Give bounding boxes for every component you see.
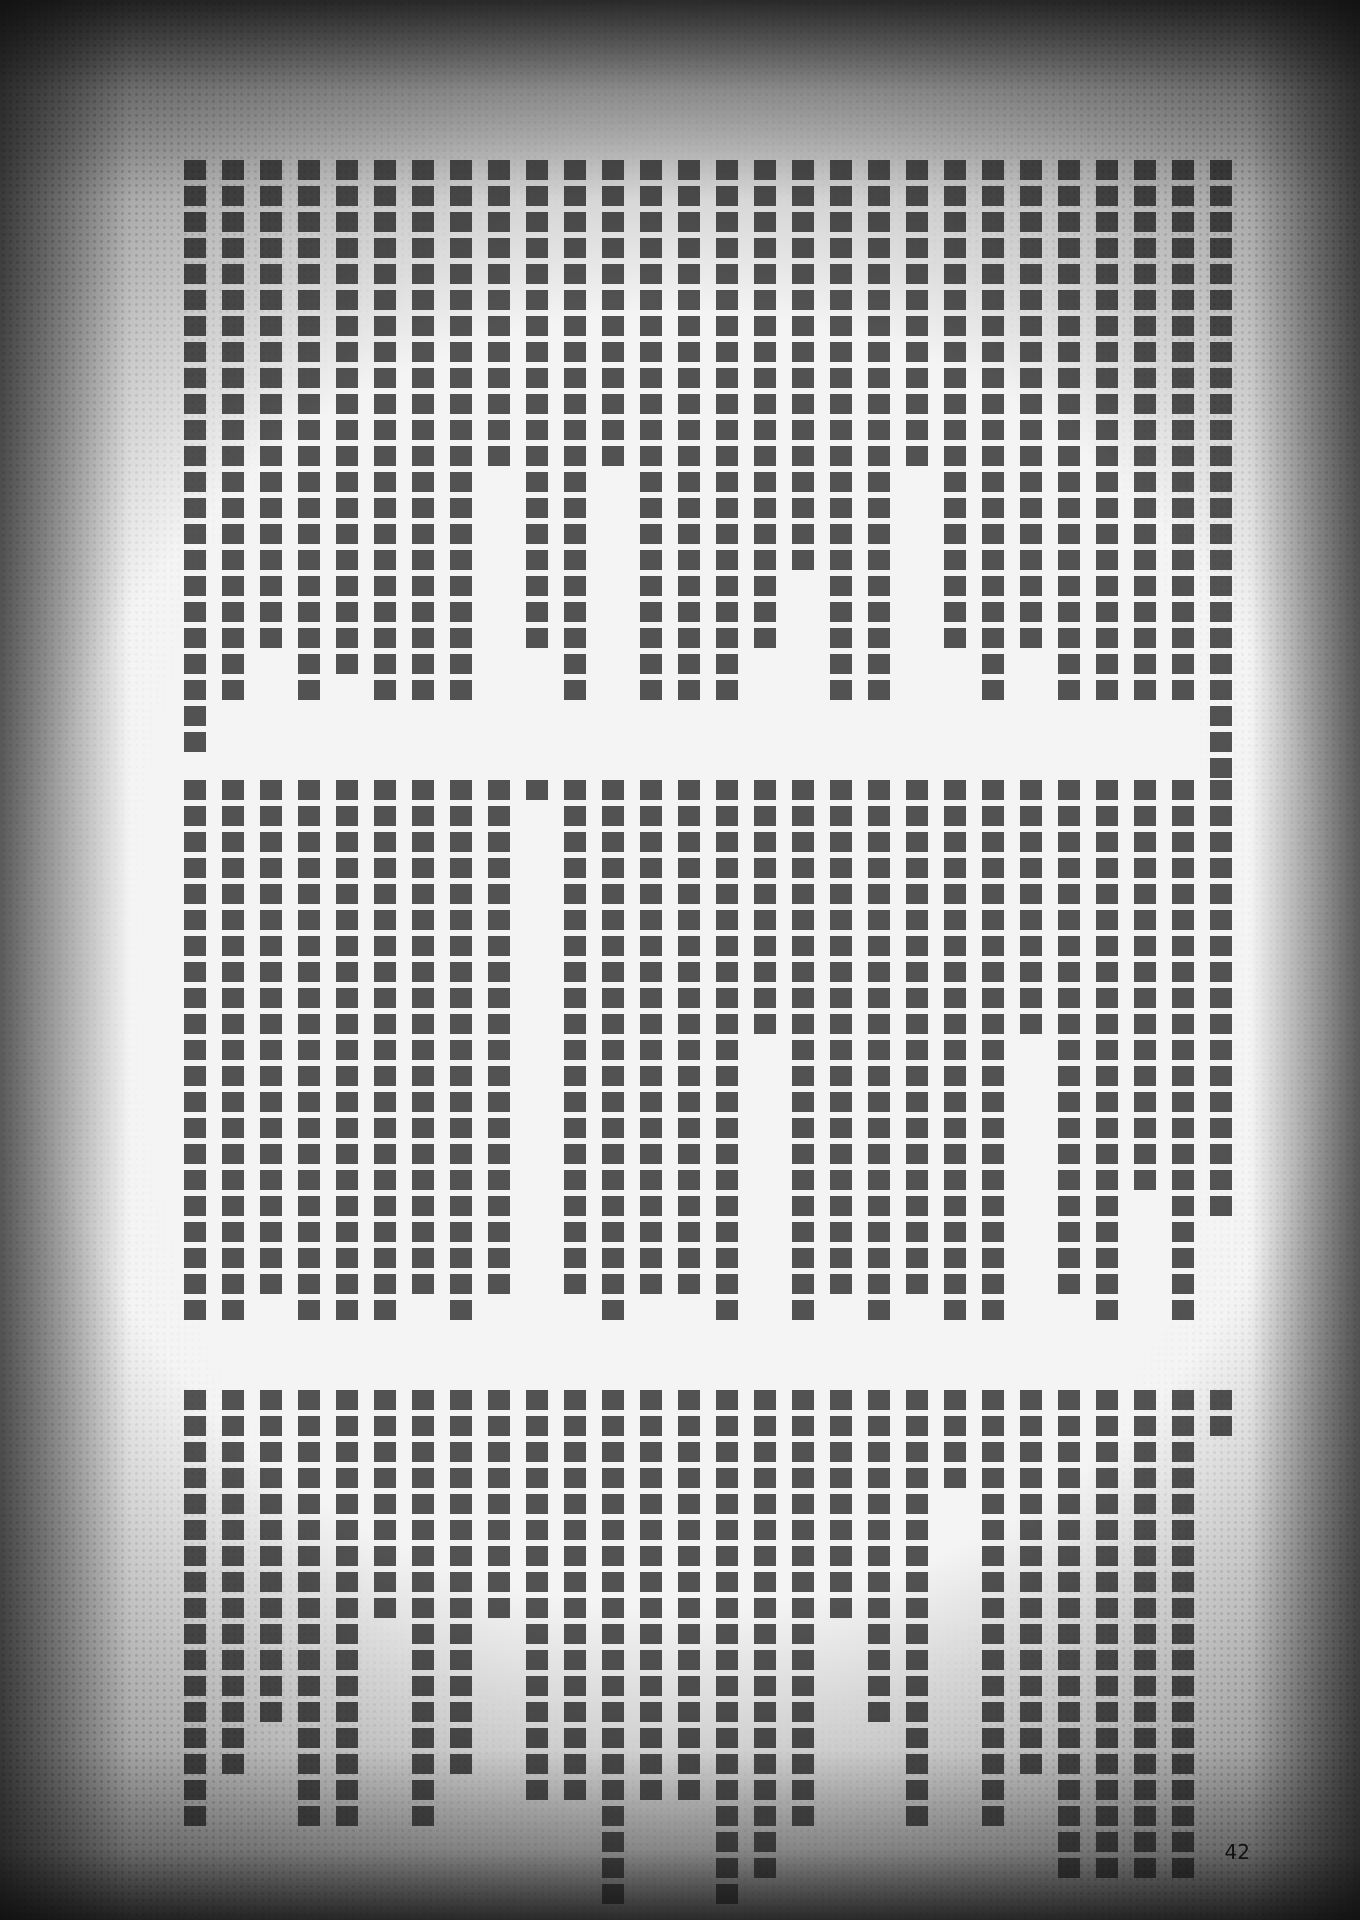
- text-column: [670, 1390, 708, 1830]
- text-column: [1088, 780, 1126, 1340]
- text-column: [670, 780, 708, 1340]
- text-column: [860, 780, 898, 1340]
- text-column: [1126, 1390, 1164, 1830]
- text-column: [898, 780, 936, 1340]
- text-column: [822, 1390, 860, 1830]
- text-tier-bottom: [150, 1390, 1240, 1830]
- text-column: [670, 160, 708, 720]
- text-column: [214, 160, 252, 720]
- text-column: [594, 160, 632, 720]
- text-column: [1164, 160, 1202, 720]
- text-column: [518, 780, 556, 1340]
- text-column: [974, 160, 1012, 720]
- text-column: [860, 1390, 898, 1830]
- text-column: [1126, 780, 1164, 1340]
- text-column: [176, 160, 214, 720]
- text-column: [1202, 1390, 1240, 1830]
- text-column: [518, 160, 556, 720]
- text-column: [822, 160, 860, 720]
- text-column: [404, 160, 442, 720]
- text-column: [708, 1390, 746, 1830]
- text-column: [746, 1390, 784, 1830]
- text-tier-middle: [150, 780, 1240, 1340]
- text-column: [1164, 1390, 1202, 1830]
- text-column: [290, 160, 328, 720]
- text-column: [404, 780, 442, 1340]
- text-column: [1088, 1390, 1126, 1830]
- text-column: [214, 1390, 252, 1830]
- text-column: [860, 160, 898, 720]
- text-column: [898, 1390, 936, 1830]
- text-column: [480, 780, 518, 1340]
- text-column: [366, 780, 404, 1340]
- text-column: [1012, 160, 1050, 720]
- text-column: [898, 160, 936, 720]
- text-column: [1050, 1390, 1088, 1830]
- text-column: [1202, 780, 1240, 1340]
- text-column: [176, 1390, 214, 1830]
- text-column: [974, 1390, 1012, 1830]
- text-column: [442, 1390, 480, 1830]
- text-column: [480, 1390, 518, 1830]
- text-column: [708, 160, 746, 720]
- text-column: [784, 1390, 822, 1830]
- text-column: [252, 780, 290, 1340]
- text-column: [518, 1390, 556, 1830]
- text-column: [936, 160, 974, 720]
- text-column: [556, 780, 594, 1340]
- text-column: [480, 160, 518, 720]
- text-column: [936, 780, 974, 1340]
- text-column: [1012, 780, 1050, 1340]
- text-column: [556, 1390, 594, 1830]
- text-column: [632, 780, 670, 1340]
- text-column: [366, 160, 404, 720]
- text-column: [214, 780, 252, 1340]
- text-column: [328, 160, 366, 720]
- text-column: [1088, 160, 1126, 720]
- text-column: [1050, 160, 1088, 720]
- page-number: 42: [1225, 1840, 1250, 1864]
- text-column: [594, 1390, 632, 1830]
- text-column: [290, 780, 328, 1340]
- text-column: [366, 1390, 404, 1830]
- text-column: [442, 160, 480, 720]
- text-column: [974, 780, 1012, 1340]
- text-column: [290, 1390, 328, 1830]
- text-column: [1012, 1390, 1050, 1830]
- text-column: [176, 780, 214, 1340]
- text-column: [632, 160, 670, 720]
- text-column: [252, 160, 290, 720]
- text-column: [1202, 160, 1240, 720]
- text-column: [594, 780, 632, 1340]
- text-column: [442, 780, 480, 1340]
- text-column: [746, 780, 784, 1340]
- text-column: [784, 780, 822, 1340]
- text-column: [328, 1390, 366, 1830]
- text-column: [556, 160, 594, 720]
- text-column: [822, 780, 860, 1340]
- text-column: [708, 780, 746, 1340]
- text-column: [1164, 780, 1202, 1340]
- text-column: [1050, 780, 1088, 1340]
- text-column: [328, 780, 366, 1340]
- text-column: [784, 160, 822, 720]
- text-column: [746, 160, 784, 720]
- text-column: [632, 1390, 670, 1830]
- text-column: [404, 1390, 442, 1830]
- text-tier-top: [150, 160, 1240, 720]
- text-column: [252, 1390, 290, 1830]
- text-column: [1126, 160, 1164, 720]
- text-column: [936, 1390, 974, 1830]
